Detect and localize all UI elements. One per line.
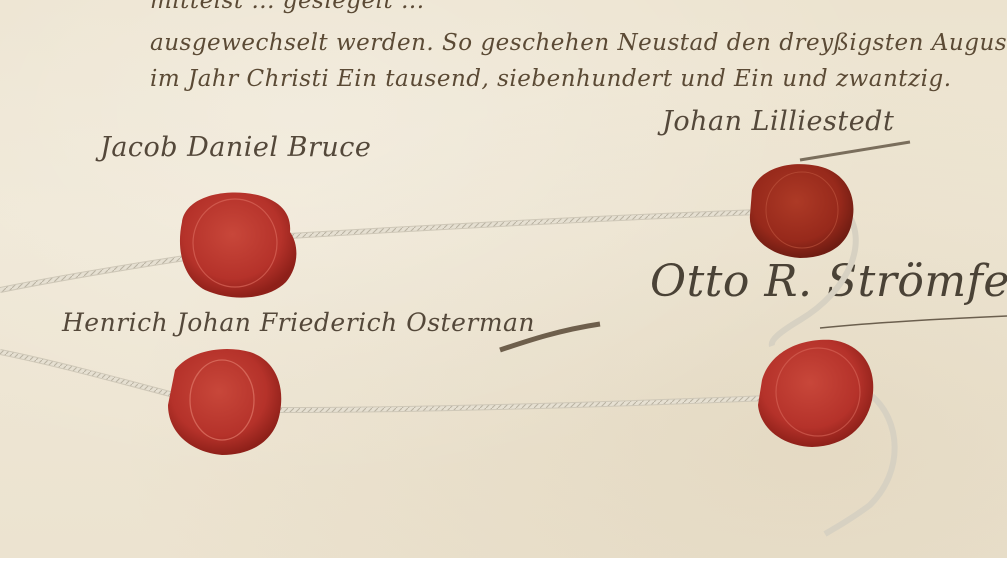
seals-and-cords — [0, 0, 1007, 558]
wax-seal-2 — [750, 164, 854, 258]
document-page: mittelst ... gesiegelt ... ausgewechselt… — [0, 0, 1007, 558]
wax-seal-3 — [168, 349, 281, 455]
wax-seal-1 — [180, 192, 296, 297]
wax-seal-4 — [758, 340, 873, 447]
cord-upper — [0, 212, 760, 290]
